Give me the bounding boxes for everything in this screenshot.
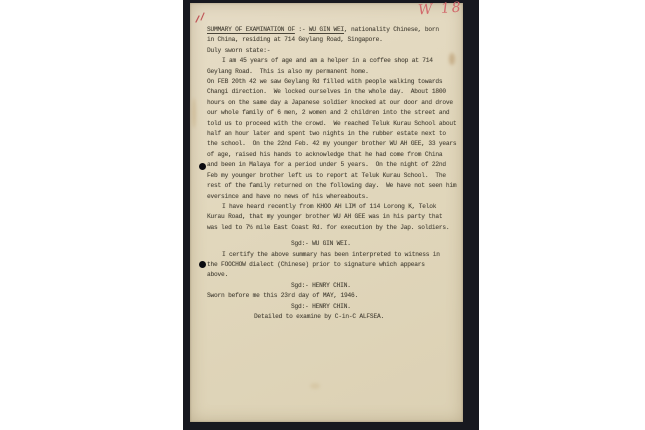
document-line: I certify the above summary has been int… [207, 250, 457, 260]
title-rest: , nationality Chinese, born [344, 26, 439, 33]
handwritten-page-number: W 18 [417, 0, 463, 19]
document-line: the school. On the 22nd Feb. 42 my young… [207, 139, 457, 149]
document-line: Kurau Road, that my younger brother WU A… [207, 212, 457, 222]
document-line: Feb my younger brother left us to report… [207, 171, 457, 181]
document-line: Duly sworn state:- [207, 46, 457, 56]
document-line: hours on the same day a Japanese soldier… [207, 98, 457, 108]
document-line: our whole family of 6 men, 2 women and 2… [207, 108, 457, 118]
document-line: eversince and have no news of his wherea… [207, 192, 457, 202]
document-line: was led to 7½ mile East Coast Rd. for ex… [207, 223, 457, 233]
paper-stain [192, 98, 196, 128]
document-line: I have heard recently from KHOO AH LIM o… [207, 202, 457, 212]
document-line: Sgd:- WU GIN WEI. [207, 239, 457, 249]
hole-punch-bottom [199, 261, 206, 268]
document-line: in China, residing at 714 Geylang Road, … [207, 35, 457, 45]
document-line: and been in Malaya for a period under 5 … [207, 160, 457, 170]
document-lines: in China, residing at 714 Geylang Road, … [207, 35, 457, 322]
document-line: Sgd:- HENRY CHIN. [207, 302, 457, 312]
document-paper: W 18 SUMMARY OF EXAMINATION OF :- WU GIN… [190, 3, 463, 422]
title-separator: :- [295, 26, 309, 33]
title-underlined-heading: SUMMARY OF EXAMINATION OF [207, 26, 295, 33]
document-text-block: SUMMARY OF EXAMINATION OF :- WU GIN WEI,… [207, 25, 457, 322]
document-line: rest of the family returned on the follo… [207, 181, 457, 191]
document-line: above. [207, 270, 457, 280]
document-line: half an hour later and spent two nights … [207, 129, 457, 139]
document-line: On FEB 20th 42 we saw Geylang Rd filled … [207, 77, 457, 87]
red-check-mark-icon [194, 11, 208, 25]
title-underlined-name: WU GIN WEI [309, 26, 344, 33]
document-line: Detailed to examine by C-in-C ALFSEA. [207, 312, 457, 322]
document-line: told us to proceed with the crowd. We re… [207, 119, 457, 129]
hole-punch-top [199, 163, 206, 170]
scan-background-mat: W 18 SUMMARY OF EXAMINATION OF :- WU GIN… [183, 0, 479, 430]
document-line: Changi direction. We locked ourselves in… [207, 87, 457, 97]
scanned-document-page: { "annotations": { "page_number": "W 18"… [0, 0, 645, 430]
paper-stain [310, 383, 320, 389]
document-line: Sworn before me this 23rd day of MAY, 19… [207, 291, 457, 301]
document-line: the FOOCHOW dialect (Chinese) prior to s… [207, 260, 457, 270]
document-title-line: SUMMARY OF EXAMINATION OF :- WU GIN WEI,… [207, 25, 457, 35]
document-line: Geylang Road. This is also my permanent … [207, 67, 457, 77]
document-line: of age, raised his hands to acknowledge … [207, 150, 457, 160]
document-line: Sgd:- HENRY CHIN. [207, 281, 457, 291]
document-line: I am 45 years of age and am a helper in … [207, 56, 457, 66]
